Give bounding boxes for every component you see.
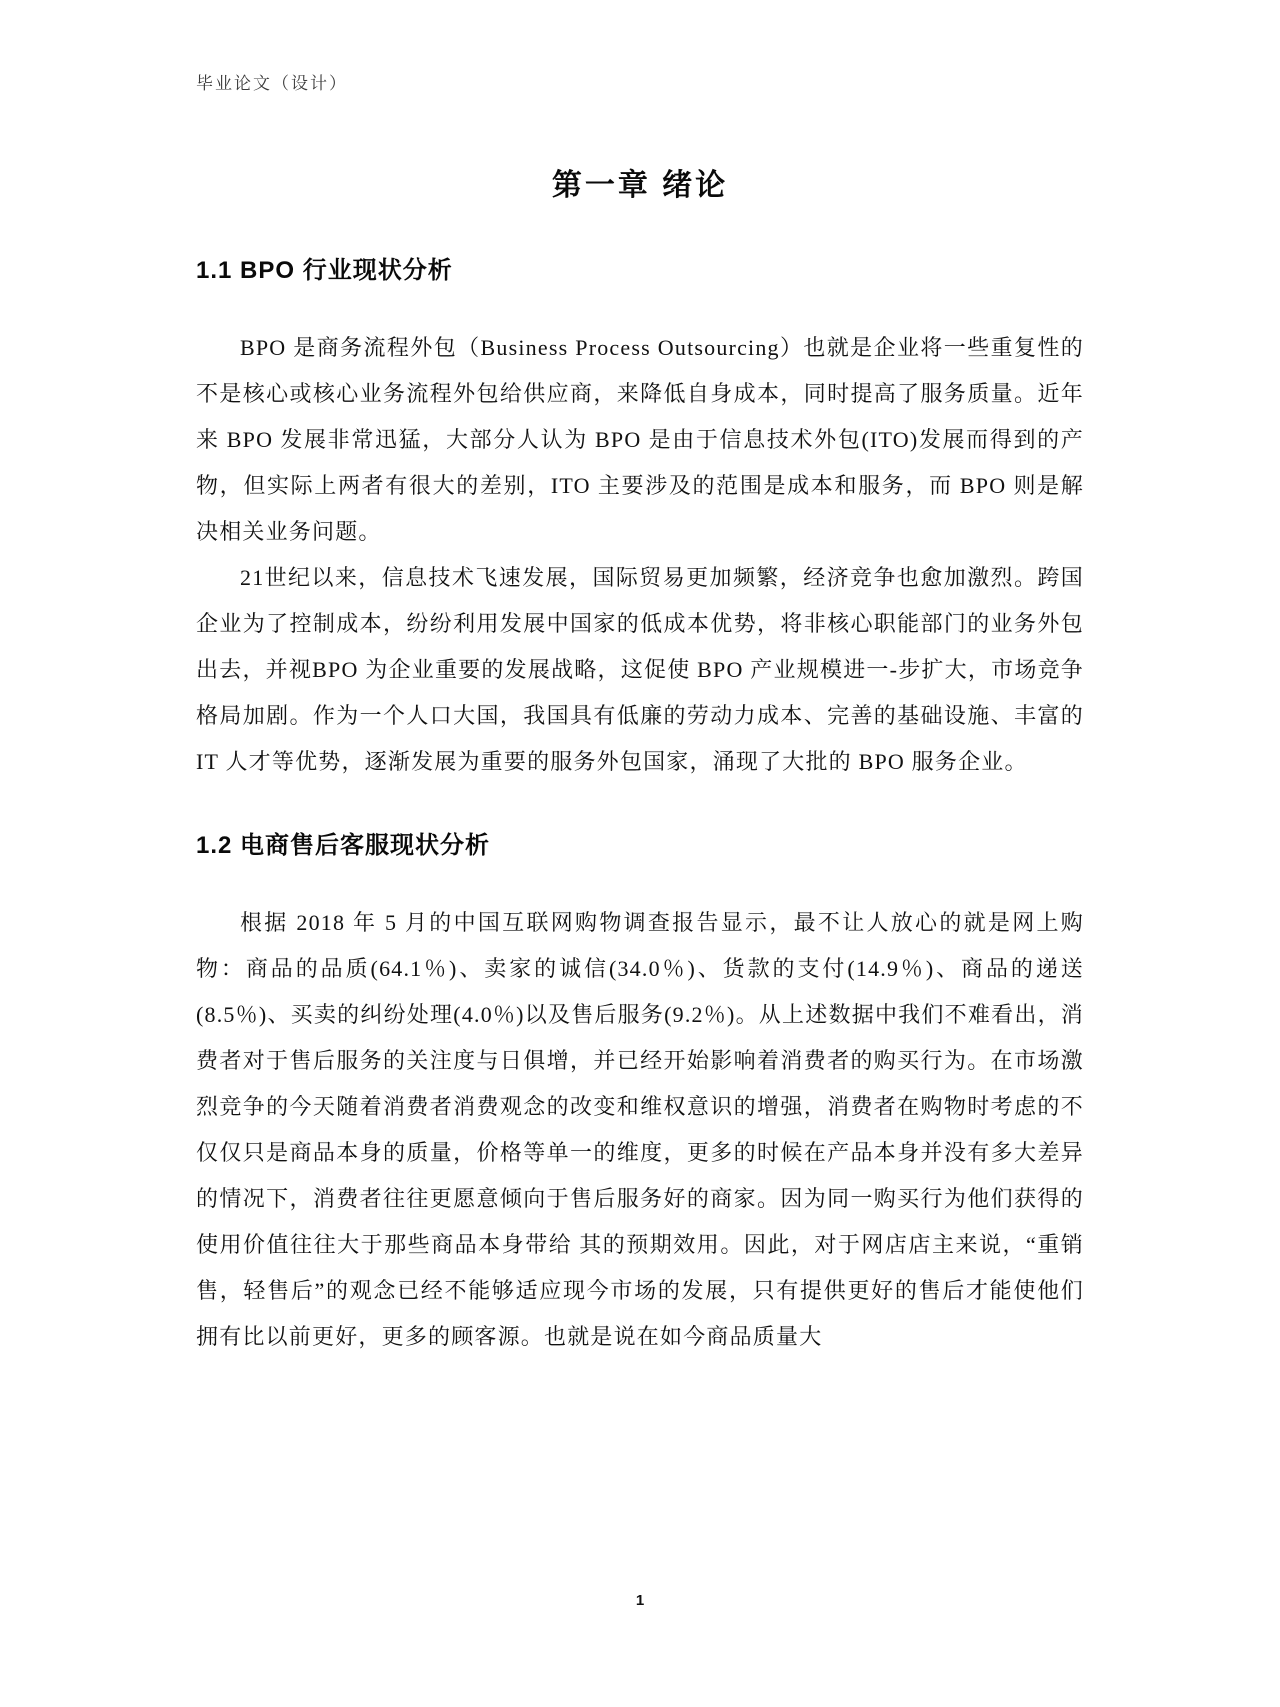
chapter-title: 第一章 绪论 [196,168,1084,204]
document-header: 毕业论文（设计） [196,72,1084,96]
section-heading-1-1: 1.1 BPO 行业现状分析 [196,256,1084,285]
section-heading-1-2: 1.2 电商售后客服现状分析 [196,831,1084,860]
paragraph-ecommerce-aftersales: 根据 2018 年 5 月的中国互联网购物调查报告显示，最不让人放心的就是网上购… [196,900,1084,1360]
paragraph-bpo-industry-growth: 21世纪以来，信息技术飞速发展，国际贸易更加频繁，经济竞争也愈加激烈。跨国企业为… [196,555,1084,785]
page-number: 1 [0,1592,1280,1609]
document-page: 毕业论文（设计） 第一章 绪论 1.1 BPO 行业现状分析 BPO 是商务流程… [0,0,1280,1707]
paragraph-bpo-definition: BPO 是商务流程外包（Business Process Outsourcing… [196,325,1084,555]
